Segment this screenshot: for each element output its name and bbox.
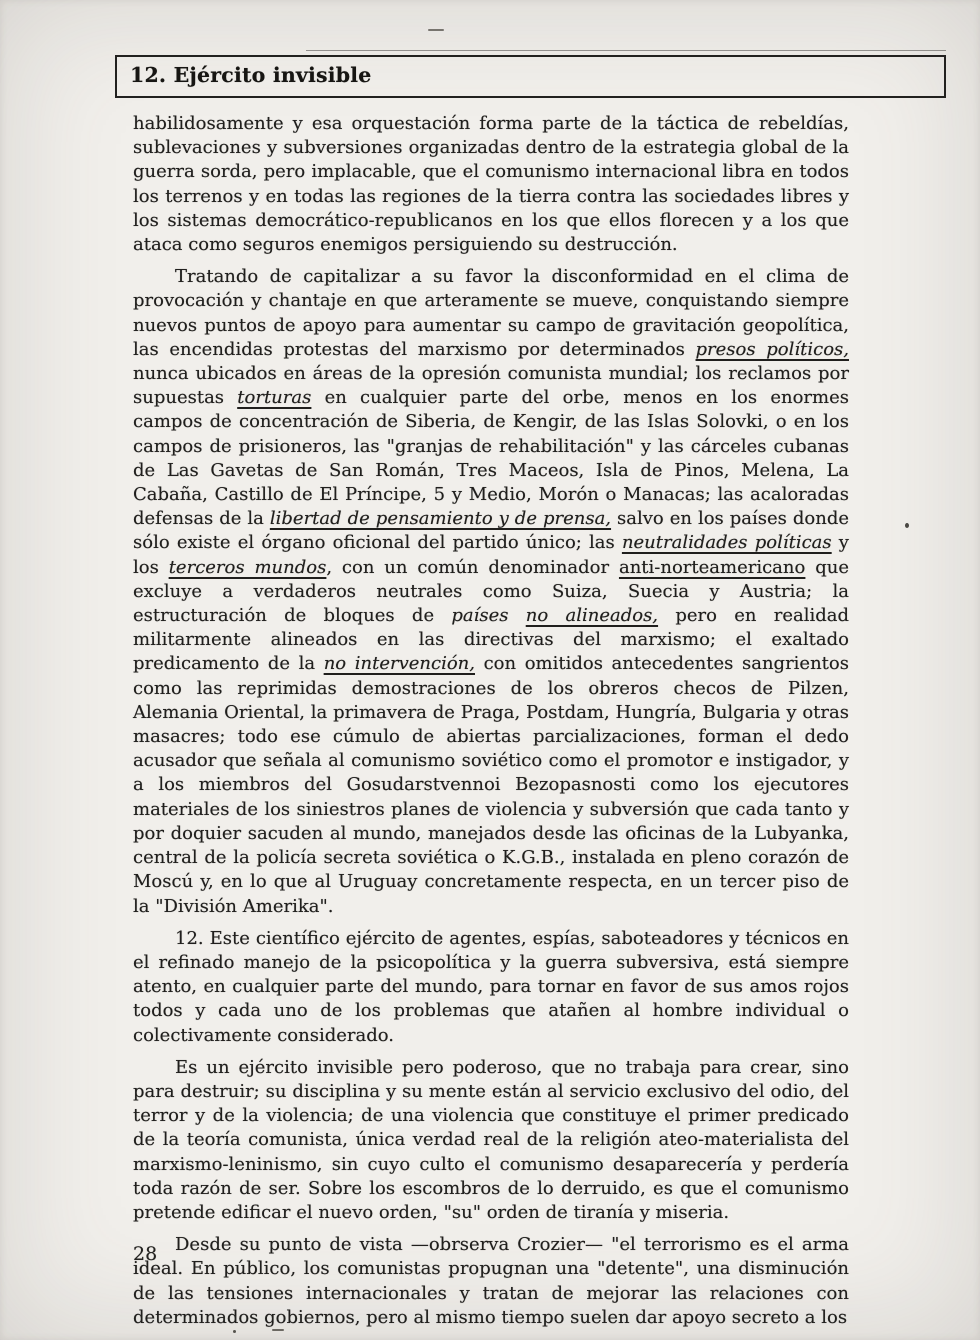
scan-artifact bbox=[905, 523, 909, 528]
text-run: 12. Este científico ejército de agentes,… bbox=[133, 928, 849, 1046]
text-run: habilidosamente y esa orquestación forma… bbox=[133, 113, 849, 255]
text-run: terceros mundos bbox=[169, 557, 327, 578]
scan-artifact bbox=[428, 29, 444, 31]
text-run: , con un común denominador bbox=[326, 557, 619, 578]
text-run: torturas bbox=[237, 387, 311, 408]
text-run: presos políticos, bbox=[696, 339, 849, 360]
text-run: anti-norteamericano bbox=[619, 557, 805, 578]
text-run: no alineados, bbox=[526, 605, 658, 626]
page-number: 28 bbox=[133, 1243, 157, 1265]
paragraph: habilidosamente y esa orquestación forma… bbox=[133, 112, 849, 257]
chapter-header-box: 12. Ejército invisible bbox=[115, 55, 946, 98]
paragraph: 12. Este científico ejército de agentes,… bbox=[133, 927, 849, 1048]
scan-artifact bbox=[272, 1329, 284, 1331]
text-run: países bbox=[451, 605, 508, 626]
paragraph: Es un ejército invisible pero poderoso, … bbox=[133, 1056, 849, 1225]
paragraph: Tratando de capitalizar a su favor la di… bbox=[133, 265, 849, 918]
text-run: Desde su punto de vista —obrserva Crozie… bbox=[133, 1234, 849, 1328]
text-run: con omitidos antecedentes sangrientos co… bbox=[133, 653, 849, 916]
text-run bbox=[509, 605, 526, 626]
text-run: neutralidades políticas bbox=[622, 532, 832, 553]
text-run: Es un ejército invisible pero poderoso, … bbox=[133, 1057, 849, 1223]
text-run: libertad de pensamiento y de prensa, bbox=[270, 508, 611, 529]
book-page: 12. Ejército invisible habilidosamente y… bbox=[0, 0, 980, 1340]
scan-artifact bbox=[233, 1330, 236, 1333]
text-run: no intervención, bbox=[324, 653, 475, 674]
chapter-title: 12. Ejército invisible bbox=[130, 63, 372, 87]
paragraph: Desde su punto de vista —obrserva Crozie… bbox=[133, 1233, 849, 1330]
page-body: habilidosamente y esa orquestación forma… bbox=[133, 112, 849, 1338]
